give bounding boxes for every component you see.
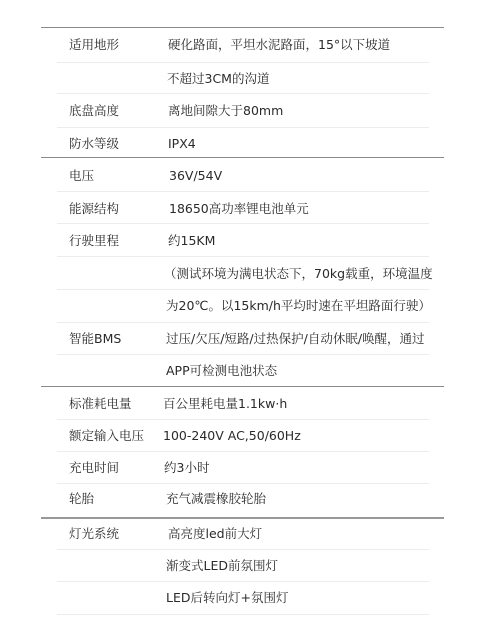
row-divider <box>57 322 429 323</box>
spec-value: 高亮度led前大灯 <box>168 526 262 542</box>
row-divider <box>57 223 429 224</box>
row-divider <box>57 451 429 452</box>
row-divider <box>57 93 429 94</box>
spec-label: 行驶里程 <box>69 233 119 249</box>
row-divider <box>57 127 429 128</box>
spec-label: 轮胎 <box>69 491 94 507</box>
spec-value: 百公里耗电量1.1kw·h <box>163 396 287 412</box>
spec-label: 防水等级 <box>69 136 119 152</box>
spec-label: 标准耗电量 <box>69 396 132 412</box>
row-divider <box>57 289 429 290</box>
spec-label: 电压 <box>69 168 94 184</box>
spec-value: 为20℃。以15km/h平均时速在平坦路面行驶） <box>166 298 431 314</box>
spec-value: 硬化路面，平坦水泥路面，15°以下坡道 <box>168 37 390 53</box>
spec-value: LED后转向灯+氛围灯 <box>166 590 288 606</box>
row-divider <box>57 483 429 484</box>
spec-label: 充电时间 <box>69 460 119 476</box>
spec-label: 适用地形 <box>69 37 119 53</box>
spec-label: 灯光系统 <box>69 526 119 542</box>
spec-value: 约3小时 <box>164 460 209 476</box>
spec-label: 底盘高度 <box>69 103 119 119</box>
spec-value: 过压/欠压/短路/过热保护/自动休眠/唤醒，通过 <box>166 331 425 347</box>
spec-value: 18650高功率锂电池单元 <box>169 201 309 217</box>
row-divider <box>57 614 429 615</box>
row-divider <box>57 354 429 355</box>
spec-value: 充气减震橡胶轮胎 <box>166 491 266 507</box>
row-divider <box>57 581 429 582</box>
row-divider <box>57 62 429 63</box>
spec-label: 智能BMS <box>69 331 121 347</box>
spec-value: APP可检测电池状态 <box>166 363 277 379</box>
spec-value: IPX4 <box>168 136 196 152</box>
spec-value: 约15KM <box>168 233 215 249</box>
row-divider <box>57 549 429 550</box>
spec-label: 能源结构 <box>69 201 119 217</box>
row-divider <box>57 256 429 257</box>
row-divider <box>57 191 429 192</box>
spec-value: 不超过3CM的沟道 <box>167 71 269 87</box>
spec-label: 额定输入电压 <box>69 428 144 444</box>
spec-value: （测试环境为满电状态下，70kg载重，环境温度 <box>164 266 433 282</box>
section-divider <box>41 157 444 158</box>
spec-value: 36V/54V <box>169 168 222 184</box>
section-divider <box>41 27 444 28</box>
section-divider <box>41 517 444 519</box>
section-divider <box>41 386 444 387</box>
spec-value: 离地间隙大于80mm <box>168 103 283 119</box>
row-divider <box>57 419 429 420</box>
spec-value: 渐变式LED前氛围灯 <box>166 558 278 574</box>
spec-value: 100-240V AC,50/60Hz <box>163 428 301 444</box>
